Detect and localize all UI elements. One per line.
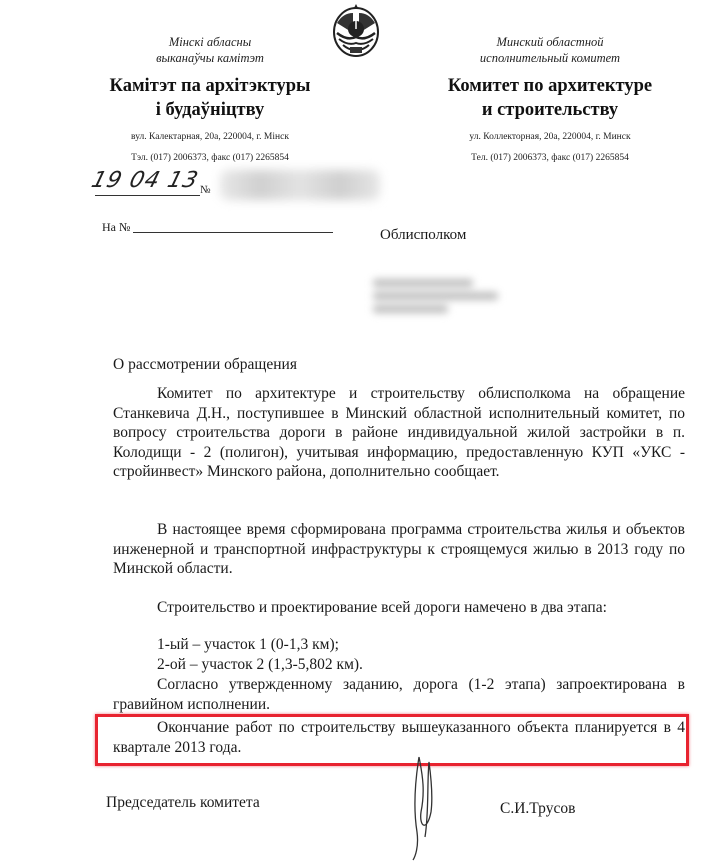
- signer-position: Председатель комитета: [106, 794, 260, 812]
- committee-title-2: і будаўніцтву: [80, 98, 340, 122]
- handwritten-signature: [405, 752, 445, 862]
- committee-title-2: и строительству: [420, 98, 680, 122]
- list-item: 2-ой – участок 2 (1,3-5,802 км).: [157, 655, 363, 675]
- state-emblem-icon: [331, 3, 381, 59]
- paragraph-4: Согласно утвержденному заданию, дорога (…: [113, 675, 685, 714]
- committee-title-1: Комитет по архитектуре: [420, 74, 680, 98]
- address: ул. Коллекторная, 20а, 220004, г. Минск: [420, 131, 680, 143]
- paragraph-text: Окончание работ по строительству вышеука…: [113, 718, 685, 757]
- paragraph-text: Строительство и проектирование всей доро…: [113, 598, 685, 618]
- phone: Тэл. (017) 2006373, факс (017) 2265854: [80, 152, 340, 164]
- address: вул. Калектарная, 20а, 220004, г. Мінск: [80, 131, 340, 143]
- paragraph-text: В настоящее время сформирована программа…: [113, 520, 685, 579]
- letterhead-belarusian: Мінскі абласны выканаўчы камітэт Камітэт…: [80, 34, 340, 164]
- signer-name: С.И.Трусов: [500, 800, 575, 818]
- handwritten-date: 19 04 13: [89, 168, 202, 193]
- paragraph-5-highlighted: Окончание работ по строительству вышеука…: [113, 718, 685, 757]
- reply-to-label: На №: [102, 220, 130, 235]
- org-line-2: выканаўчы камітэт: [80, 50, 340, 66]
- date-underline: [95, 195, 200, 196]
- paragraph-3: Строительство и проектирование всей доро…: [113, 598, 685, 618]
- paragraph-1: Комитет по архитектуре и строительству о…: [113, 384, 685, 482]
- letterhead-russian: Минский областной исполнительный комитет…: [420, 34, 680, 164]
- org-line-2: исполнительный комитет: [420, 50, 680, 66]
- number-label: №: [200, 184, 211, 196]
- addressee: Облисполком: [380, 227, 466, 244]
- org-line-1: Минский областной: [420, 34, 680, 50]
- org-line-1: Мінскі абласны: [80, 34, 340, 50]
- paragraph-2: В настоящее время сформирована программа…: [113, 520, 685, 579]
- subject-line: О рассмотрении обращения: [113, 356, 297, 374]
- reply-to-line: [133, 232, 333, 233]
- stages-list: 1-ый – участок 1 (0-1,3 км); 2-ой – учас…: [157, 635, 363, 674]
- list-item: 1-ый – участок 1 (0-1,3 км);: [157, 635, 363, 655]
- paragraph-text: Согласно утвержденному заданию, дорога (…: [113, 675, 685, 714]
- committee-title-1: Камітэт па архітэктуры: [80, 74, 340, 98]
- phone: Тел. (017) 2006373, факс (017) 2265854: [420, 152, 680, 164]
- paragraph-text: Комитет по архитектуре и строительству о…: [113, 384, 685, 482]
- redacted-number: [220, 170, 380, 200]
- redacted-address: [355, 275, 505, 323]
